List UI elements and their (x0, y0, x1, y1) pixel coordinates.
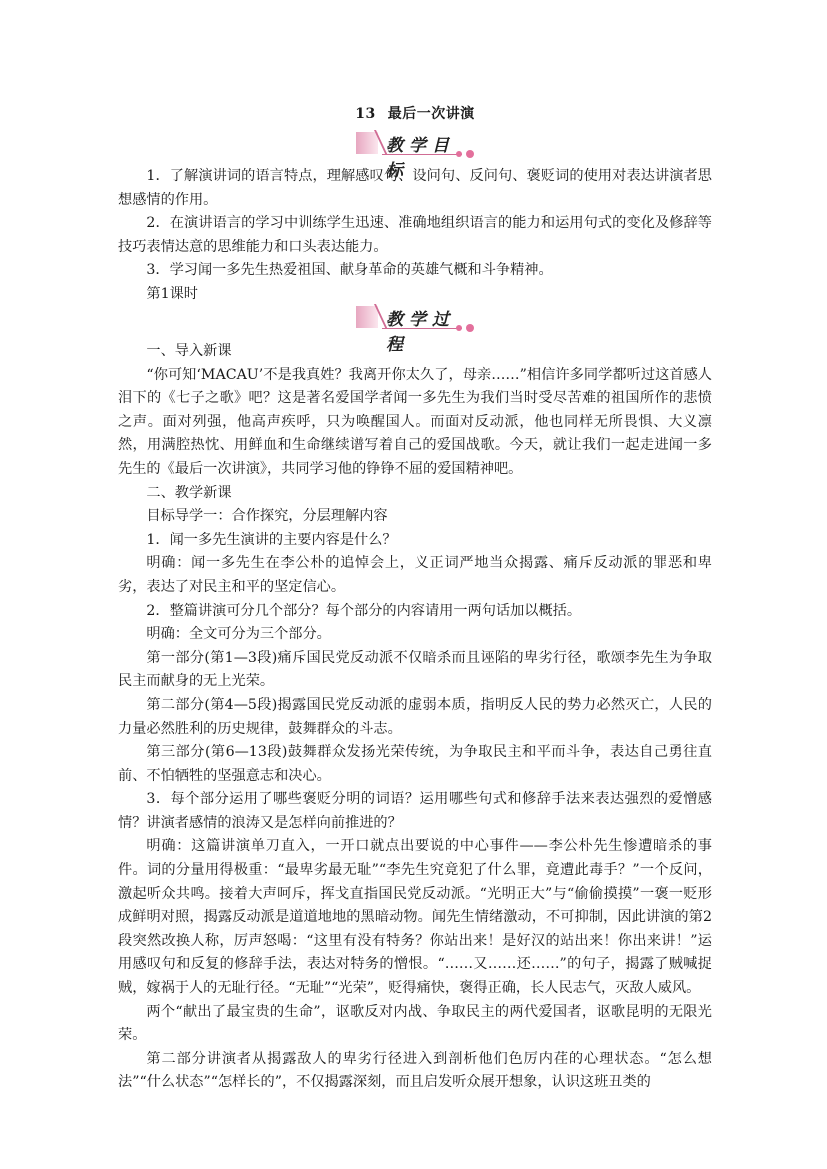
paragraph: 第三部分(第6—13段)鼓舞群众发扬光荣传统，为争取民主和平而斗争，表达自己勇往… (118, 741, 712, 788)
paragraph: “你可知‘MACAU’不是我真姓？我离开你太久了，母亲……”相信许多同学都听过这… (118, 364, 712, 482)
paragraph: 第一部分(第1—3段)痛斥国民党反动派不仅暗杀而且诬陷的卑劣行径，歌颂李先生为争… (118, 647, 712, 694)
heading-gradient-decoration (356, 132, 378, 154)
paragraph: 第二部分(第4—5段)揭露国民党反动派的虚弱本质，指明反人民的势力必然灭亡，人民… (118, 694, 712, 741)
objectives-list: 1．了解演讲词的语言特点，理解感叹句、设问句、反问句、褒贬词的使用对表达讲演者思… (118, 165, 712, 307)
goal-heading: 目标导学一：合作探究，分层理解内容 (118, 505, 712, 529)
heading-gradient-decoration (356, 306, 378, 328)
objective-item: 1．了解演讲词的语言特点，理解感叹句、设问句、反问句、褒贬词的使用对表达讲演者思… (118, 165, 712, 212)
answer: 明确：闻一多先生在李公朴的追悼会上，义正词严地当众揭露、痛斥反动派的罪恶和卑劣，… (118, 552, 712, 599)
section-heading-intro: 一、导入新课 (118, 340, 712, 364)
question: 2．整篇讲演可分几个部分？每个部分的内容请用一两句话加以概括。 (118, 600, 712, 624)
lesson-title-text: 最后一次讲演 (388, 106, 475, 122)
lesson-title: 13最后一次讲演 (118, 103, 712, 123)
answer: 明确：全文可分为三个部分。 (118, 623, 712, 647)
objective-item: 2．在演讲语言的学习中训练学生迅速、准确地组织语言的能力和运用句式的变化及修辞等… (118, 212, 712, 259)
objective-item: 3．学习闻一多先生热爱祖国、献身革命的英雄气概和斗争精神。 (118, 259, 712, 283)
lesson-number: 13 (355, 106, 375, 122)
objectives-heading: 教学目标 (356, 130, 474, 158)
process-heading: 教学过程 (356, 304, 474, 332)
paragraph: 两个“献出了最宝贵的生命”，讴歌反对内战、争取民主的两代爱国者，讴歌昆明的无限光… (118, 1001, 712, 1048)
section-heading-new-lesson: 二、教学新课 (118, 482, 712, 506)
process-content: 一、导入新课 “你可知‘MACAU’不是我真姓？我离开你太久了，母亲……”相信许… (118, 340, 712, 1095)
answer: 明确：这篇讲演单刀直入，一开口就点出要说的中心事件——李公朴先生惨遭暗杀的事件。… (118, 835, 712, 1000)
question: 3．每个部分运用了哪些褒贬分明的词语？运用哪些句式和修辞手法来表达强烈的爱憎感情… (118, 788, 712, 835)
paragraph: 第二部分讲演者从揭露敌人的卑劣行径进入到剖析他们色厉内荏的心理状态。“怎么想法”… (118, 1048, 712, 1095)
question: 1．闻一多先生演讲的主要内容是什么？ (118, 529, 712, 553)
